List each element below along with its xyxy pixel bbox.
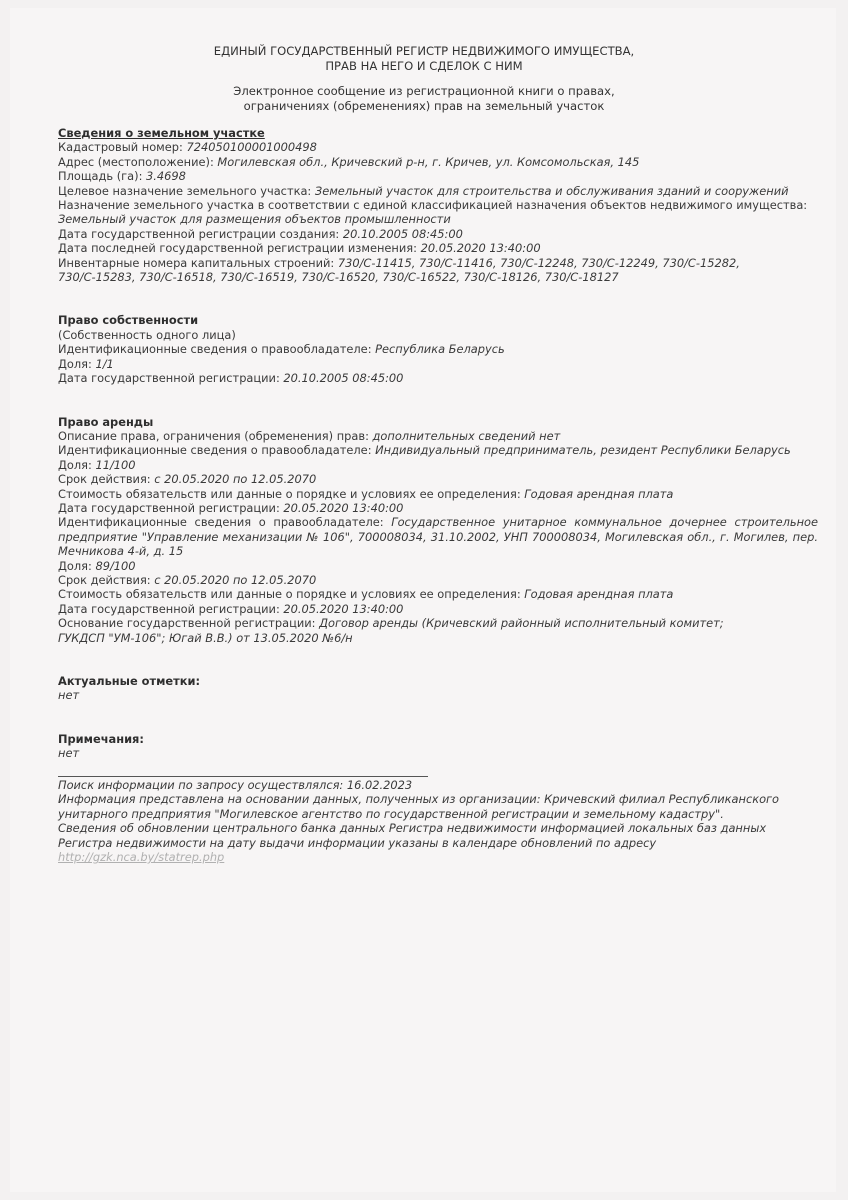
cadastral-value: 724050100001000498: [186, 140, 316, 154]
section-title: Актуальные отметки:: [58, 674, 828, 688]
holder: Идентификационные сведения о правооблада…: [58, 515, 818, 558]
holder-term: Срок действия: с 20.05.2020 по 12.05.207…: [58, 573, 828, 587]
holder-reg-date: Дата государственной регистрации: 20.05.…: [58, 602, 828, 616]
land-plot-section: Сведения о земельном участке Кадастровый…: [58, 126, 828, 284]
area-value: 3.4698: [146, 169, 186, 183]
purpose: Целевое назначение земельного участка: З…: [58, 184, 828, 198]
footer-divider: [58, 776, 428, 777]
holder-cost: Стоимость обязательств или данные о поря…: [58, 587, 828, 601]
document-subtitle: Электронное сообщение из регистрационной…: [0, 84, 848, 114]
holder-share: Доля: 89/100: [58, 559, 828, 573]
cadastral-number: Кадастровый номер: 724050100001000498: [58, 140, 828, 154]
document-footer: Поиск информации по запросу осуществлялс…: [58, 776, 818, 864]
lease-description: Описание права, ограничения (обременения…: [58, 429, 828, 443]
subtitle-line1: Электронное сообщение из регистрационной…: [0, 84, 848, 99]
address-value: Могилевская обл., Кричевский р-н, г. Кри…: [217, 155, 639, 169]
notes-section: Примечания: нет: [58, 732, 828, 761]
holder-cost: Стоимость обязательств или данные о поря…: [58, 487, 828, 501]
search-date: Поиск информации по запросу осуществлялс…: [58, 778, 818, 792]
classification-value: Земельный участок для размещения объекто…: [58, 212, 828, 226]
section-title: Примечания:: [58, 732, 828, 746]
inventory-numbers: Инвентарные номера капитальных строений:…: [58, 256, 828, 270]
section-title: Сведения о земельном участке: [58, 126, 828, 140]
ownership-type: (Собственность одного лица): [58, 328, 828, 342]
register-title-line2: ПРАВ НА НЕГО И СДЕЛОК С НИМ: [0, 59, 848, 74]
owner: Идентификационные сведения о правооблада…: [58, 342, 828, 356]
statrep-link[interactable]: http://gzk.nca.by/statrep.php: [58, 850, 224, 864]
source-info: Информация представлена на основании дан…: [58, 792, 793, 821]
holder: Идентификационные сведения о правооблада…: [58, 443, 828, 457]
owner-share: Доля: 1/1: [58, 357, 828, 371]
change-date: Дата последней государственной регистрац…: [58, 241, 828, 255]
lease-holder: Идентификационные сведения о правооблада…: [58, 515, 828, 616]
register-title-line1: ЕДИНЫЙ ГОСУДАРСТВЕННЫЙ РЕГИСТР НЕДВИЖИМО…: [0, 44, 848, 59]
ownership-section: Право собственности (Собственность одног…: [58, 313, 828, 385]
purpose-value: Земельный участок для строительства и об…: [315, 184, 789, 198]
inventory-numbers-continued: 730/C-15283, 730/C-16518, 730/C-16519, 7…: [58, 270, 828, 284]
holder-term: Срок действия: с 20.05.2020 по 12.05.207…: [58, 472, 828, 486]
owner-reg-date: Дата государственной регистрации: 20.10.…: [58, 371, 828, 385]
notes-value: нет: [58, 746, 828, 760]
creation-date: Дата государственной регистрации создани…: [58, 227, 828, 241]
holder-share: Доля: 11/100: [58, 458, 828, 472]
holder-reg-date: Дата государственной регистрации: 20.05.…: [58, 501, 828, 515]
update-info: Сведения об обновлении центрального банк…: [58, 821, 783, 850]
lease-holder: Идентификационные сведения о правооблада…: [58, 443, 828, 515]
document-header: ЕДИНЫЙ ГОСУДАРСТВЕННЫЙ РЕГИСТР НЕДВИЖИМО…: [0, 44, 848, 74]
current-marks-section: Актуальные отметки: нет: [58, 674, 828, 703]
current-marks-value: нет: [58, 688, 828, 702]
document-body: Сведения о земельном участке Кадастровый…: [58, 126, 828, 761]
section-title: Право аренды: [58, 415, 828, 429]
lease-basis: Основание государственной регистрации: Д…: [58, 616, 758, 645]
area: Площадь (га): 3.4698: [58, 169, 828, 183]
classification-label: Назначение земельного участка в соответс…: [58, 198, 828, 212]
lease-section: Право аренды Описание права, ограничения…: [58, 415, 828, 646]
address: Адрес (местоположение): Могилевская обл.…: [58, 155, 828, 169]
subtitle-line2: ограничениях (обременениях) прав на земе…: [0, 99, 848, 114]
section-title: Право собственности: [58, 313, 828, 327]
